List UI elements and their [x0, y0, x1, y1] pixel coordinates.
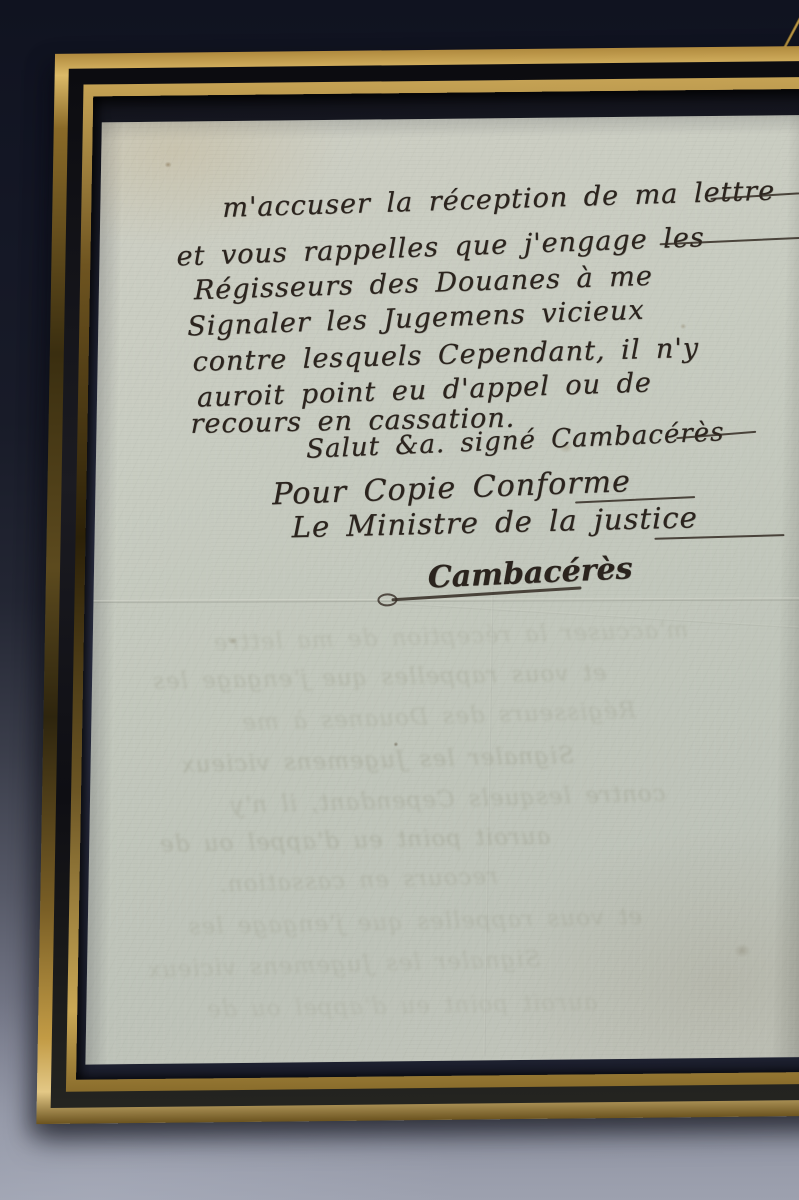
- bleedthrough-line: recours en cassation.: [218, 864, 498, 898]
- manuscript-paper: m'accuser la réception de ma lettre et v…: [85, 115, 799, 1065]
- handwriting-block: m'accuser la réception de ma lettre et v…: [102, 115, 799, 123]
- frame-gold-outer-molding: m'accuser la réception de ma lettre et v…: [36, 45, 799, 1124]
- bleedthrough-line: auroit point eu d'appel ou de: [206, 990, 597, 1024]
- fold-crease-horizontal: [93, 597, 799, 603]
- bleedthrough-line: Régisseurs des Douanes à me: [241, 698, 636, 736]
- picture-frame: m'accuser la réception de ma lettre et v…: [36, 45, 799, 1124]
- fold-crease-vertical: [483, 586, 493, 1056]
- manuscript-line: m'accuser la réception de ma lettre: [222, 176, 775, 224]
- pen-flourish: [654, 534, 784, 540]
- photo-background: { "manuscript": { "lines": [ "m'accuser …: [0, 0, 799, 1200]
- bleedthrough-line: m'accuser la réception de ma lettre: [213, 617, 688, 656]
- bleedthrough-line: et vous rappelles que j'engage les: [188, 904, 643, 940]
- frame-gold-inner-fillet: m'accuser la réception de ma lettre et v…: [66, 76, 799, 1091]
- bleedthrough-line: Signaler les Jugemens vicieux: [181, 743, 575, 779]
- bleedthrough-line: et vous rappelles que j'engage les: [152, 660, 607, 695]
- frame-mat: m'accuser la réception de ma lettre et v…: [76, 88, 799, 1079]
- bleedthrough-line: auroit point eu d'appel ou de: [159, 824, 550, 858]
- bleedthrough-line: contre lesquels Cependant, il n'y: [230, 781, 666, 819]
- frame-ebony-band: m'accuser la réception de ma lettre et v…: [51, 60, 799, 1108]
- bleedthrough-line: Signaler les Jugemens vicieux: [147, 946, 540, 983]
